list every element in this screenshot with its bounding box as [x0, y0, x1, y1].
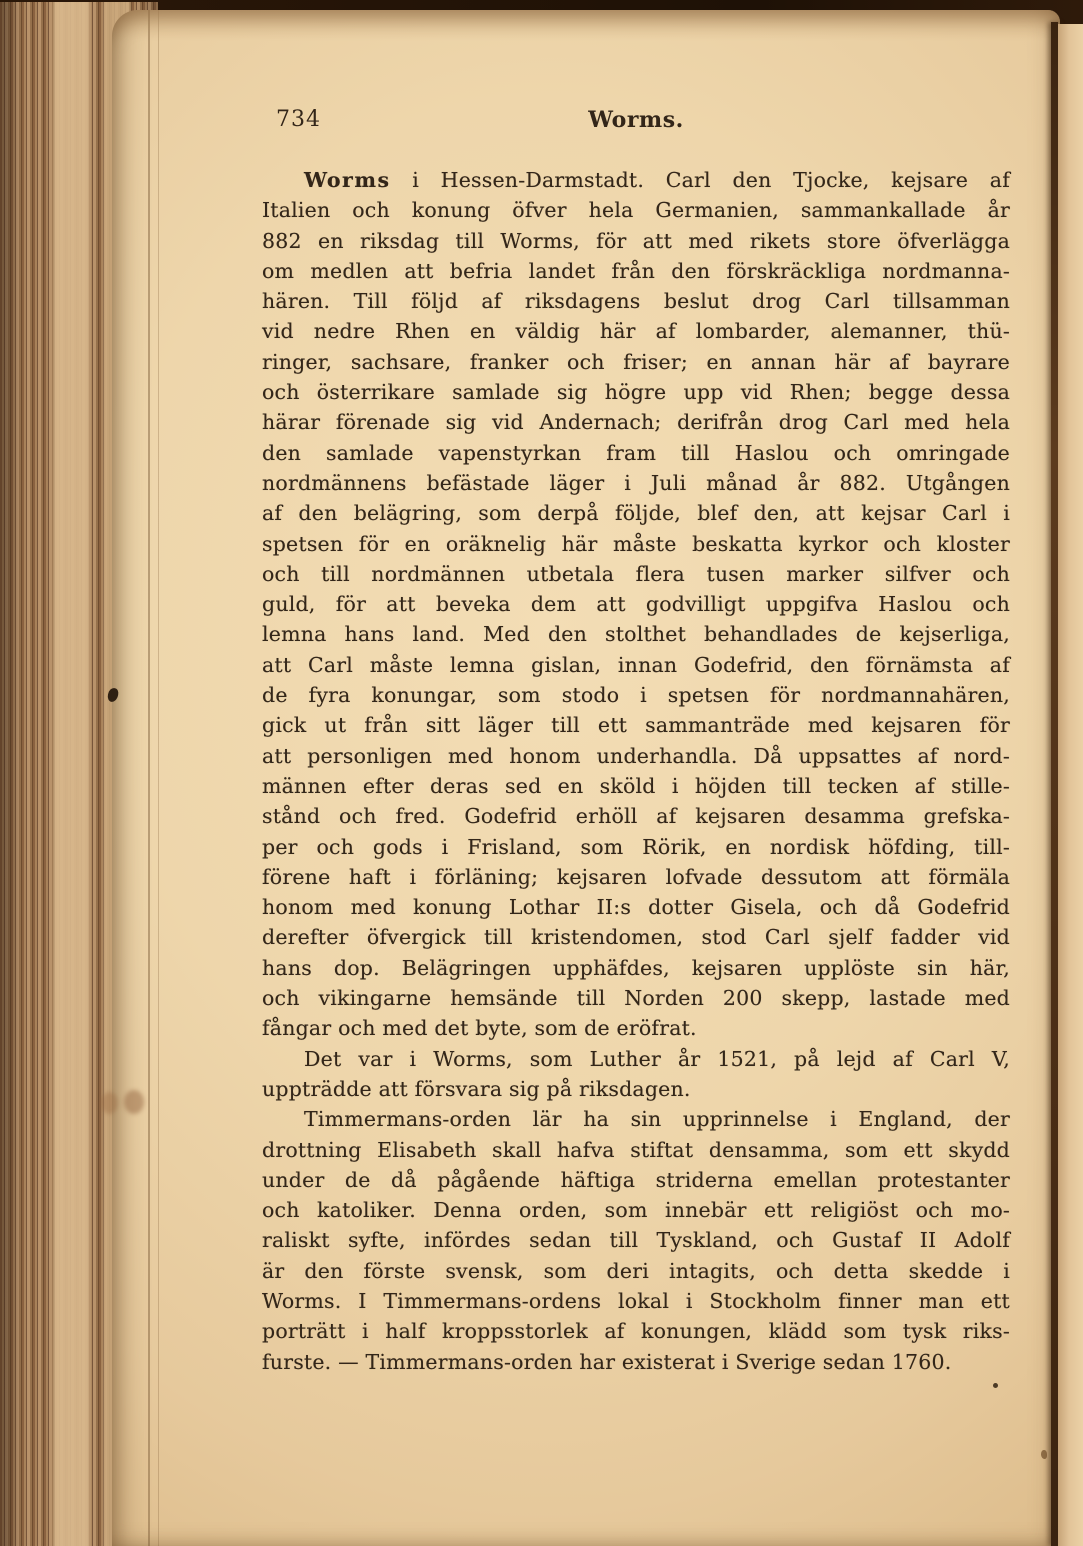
text-line: och katoliker. Denna orden, som innebär …	[262, 1195, 1010, 1225]
text-line: och österrikare samlade sig högre upp vi…	[262, 377, 1010, 407]
page-header: 734 Worms.	[262, 106, 1010, 134]
text-line: drottning Elisabeth skall hafva stiftat …	[262, 1135, 1010, 1165]
text-line: spetsen för en oräknelig här måste beska…	[262, 529, 1010, 559]
paragraph: Timmermans-orden lär ha sin upprinnelse …	[262, 1104, 1010, 1377]
text-line: 882 en riksdag till Worms, för att med r…	[262, 226, 1010, 256]
text-line: honom med konung Lothar II:s dotter Gise…	[262, 892, 1010, 922]
text-line: Worms. I Timmermans-ordens lokal i Stock…	[262, 1286, 1010, 1316]
text-line: Worms i Hessen-Darmstadt. Carl den Tjock…	[262, 165, 1010, 195]
text-line: och vikingarne hemsände till Norden 200 …	[262, 983, 1010, 1013]
text-line: att Carl måste lemna gislan, innan Godef…	[262, 650, 1010, 680]
text-line: af den belägring, som derpå följde, blef…	[262, 498, 1010, 528]
text-line: och till nordmännen utbetala flera tusen…	[262, 559, 1010, 589]
text-line: den samlade vapenstyrkan fram till Haslo…	[262, 438, 1010, 468]
book-gutter	[1051, 22, 1058, 1546]
text-line: Det var i Worms, som Luther år 1521, på …	[262, 1044, 1010, 1074]
ink-smudge	[101, 1092, 118, 1114]
text-line: per och gods i Frisland, som Rörik, en n…	[262, 832, 1010, 862]
text-line: hären. Till följd af riksdagens beslut d…	[262, 286, 1010, 316]
text-line: vid nedre Rhen en väldig här af lombarde…	[262, 316, 1010, 346]
entry-word: Worms	[304, 168, 391, 192]
text-line: är den förste svensk, som deri intagits,…	[262, 1256, 1010, 1286]
page-text-column: 734 Worms. Worms i Hessen-Darmstadt. Car…	[262, 106, 1010, 1377]
running-header: Worms.	[262, 106, 1010, 134]
text-line: Italien och konung öfver hela Germanien,…	[262, 195, 1010, 225]
text-line: fångar och med det byte, som de eröfrat.	[262, 1013, 1010, 1043]
text-line: nordmännens befästade läger i Juli månad…	[262, 468, 1010, 498]
text-line: om medlen att befria landet från den för…	[262, 256, 1010, 286]
text-line: porträtt i half kroppsstorlek af konunge…	[262, 1316, 1010, 1346]
text-line: härar förenade sig vid Andernach; derifr…	[262, 407, 1010, 437]
text-line: stånd och fred. Godefrid erhöll af kejsa…	[262, 801, 1010, 831]
text-line: derefter öfvergick till kristendomen, st…	[262, 922, 1010, 952]
text-line: lemna hans land. Med den stolthet behand…	[262, 619, 1010, 649]
text-line: raliskt syfte, infördes sedan till Tyskl…	[262, 1225, 1010, 1255]
book-scan: 734 Worms. Worms i Hessen-Darmstadt. Car…	[0, 0, 1083, 1546]
paragraph: Worms i Hessen-Darmstadt. Carl den Tjock…	[262, 165, 1010, 1044]
text-line: Timmermans-orden lär ha sin upprinnelse …	[262, 1104, 1010, 1134]
text-line: furste. — Timmermans-orden har existerat…	[262, 1347, 1010, 1377]
facing-page-sliver	[1058, 24, 1083, 1546]
ink-speck	[993, 1383, 998, 1388]
text-line: att personligen med honom underhandla. D…	[262, 741, 1010, 771]
text-line: gick ut från sitt läger till ett sammant…	[262, 710, 1010, 740]
text-line: hans dop. Belägringen upphäfdes, kejsare…	[262, 953, 1010, 983]
text-line: uppträdde att försvara sig på riksdagen.	[262, 1074, 1010, 1104]
paragraph: Det var i Worms, som Luther år 1521, på …	[262, 1044, 1010, 1105]
article-body: Worms i Hessen-Darmstadt. Carl den Tjock…	[262, 165, 1010, 1377]
ink-speck	[1041, 1450, 1047, 1459]
text-line: guld, för att beveka dem att godvilligt …	[262, 589, 1010, 619]
text-line: männen efter deras sed en sköld i höjden…	[262, 771, 1010, 801]
text-line: de fyra konungar, som stodo i spetsen fö…	[262, 680, 1010, 710]
text-line: förene haft i förläning; kejsaren lofvad…	[262, 862, 1010, 892]
ink-smudge	[124, 1090, 144, 1114]
page-number: 734	[276, 106, 321, 134]
text-line: under de då pågående häftiga striderna e…	[262, 1165, 1010, 1195]
text-line: ringer, sachsare, franker och friser; en…	[262, 347, 1010, 377]
